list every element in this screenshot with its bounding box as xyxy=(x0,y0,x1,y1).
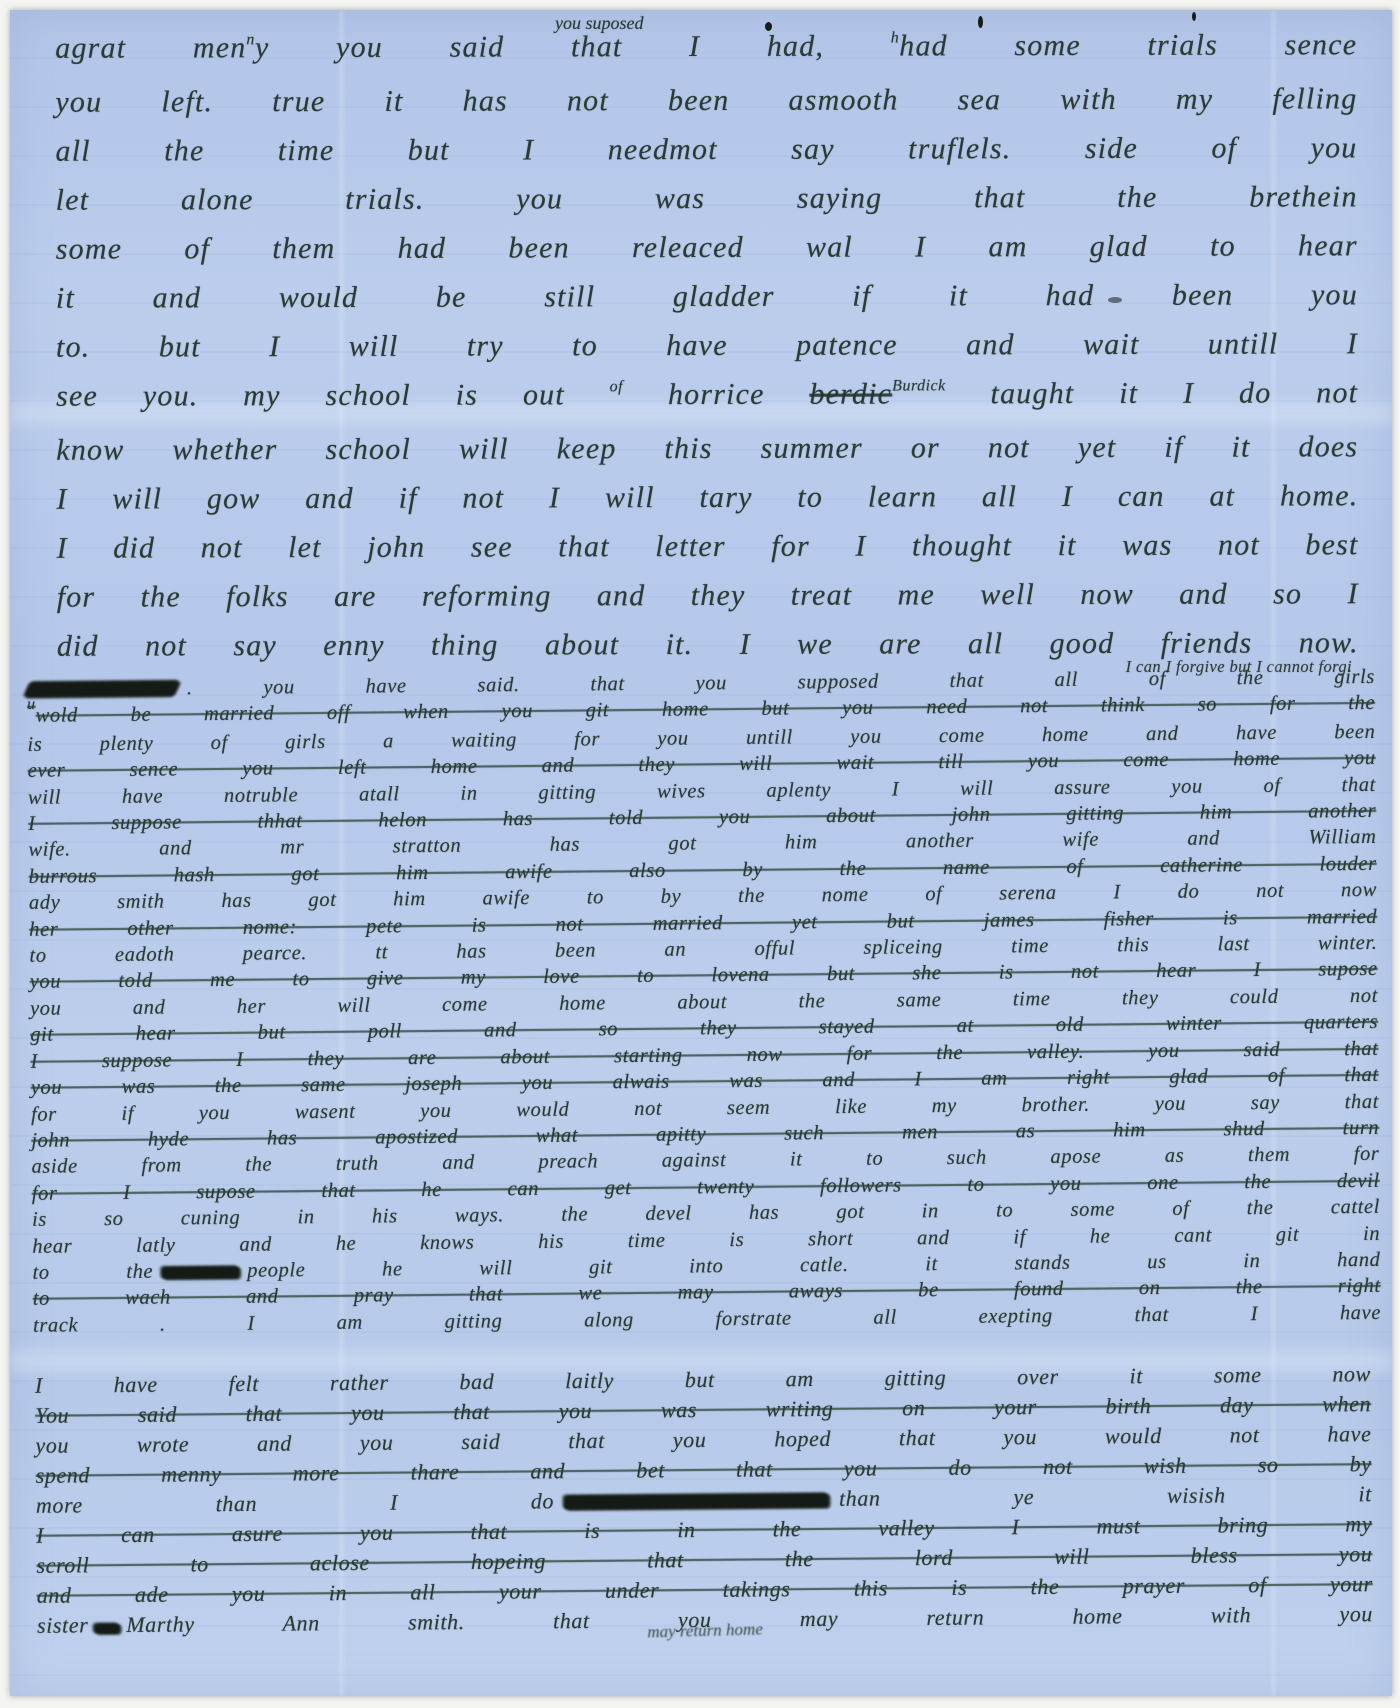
line-text: had some trials sence xyxy=(899,28,1357,62)
letter-line: some of them had been releaced wal I am … xyxy=(56,221,1358,273)
line-text: more than I do xyxy=(36,1488,554,1518)
ink-scribble-blot xyxy=(23,680,180,698)
ink-scribble-blot xyxy=(564,1493,829,1510)
line-text: see you. my school is out xyxy=(56,378,565,412)
inserted-word: Burdick xyxy=(892,377,946,394)
letter-body-dense-script: . you have said. that you supposed that … xyxy=(10,664,1392,1339)
letter-line: agrat menny you said that I had, hhad so… xyxy=(55,20,1357,77)
line-text: to the xyxy=(32,1261,153,1284)
letter-line: you left. true it has not been asmooth s… xyxy=(55,74,1357,126)
letter-closing: I have felt rather bad laitly but am git… xyxy=(10,1359,1392,1647)
letter-page: you suposed agrat menny you said that I … xyxy=(10,10,1392,1696)
ink-scribble-blot xyxy=(161,1266,239,1280)
inserted-letter: n xyxy=(246,31,255,48)
line-text: y you said that I had, xyxy=(255,30,824,64)
letter-line: I will gow and if not I will tary to lea… xyxy=(56,471,1358,523)
inserted-word: of xyxy=(610,378,623,395)
letter-line: I did not let john see that letter for I… xyxy=(56,520,1358,572)
letter-line: let alone trials. you was saying that th… xyxy=(56,172,1358,224)
letter-line: did not say enny thing about it. I we ar… xyxy=(57,618,1359,670)
letter-line: it and would be still gladder if it had … xyxy=(56,270,1358,322)
inserted-letter: h xyxy=(891,29,900,46)
inserted-letter: u xyxy=(27,696,36,713)
letter-line: for the folks are reforming and they tre… xyxy=(57,569,1359,621)
ink-scribble-blot xyxy=(94,1623,120,1634)
line-text: agrat men xyxy=(55,31,246,65)
letter-line: know whether school will keep this summe… xyxy=(56,422,1358,474)
line-text: sister xyxy=(37,1612,88,1637)
line-text: taught it I do not xyxy=(990,376,1358,410)
letter-body-large-script: agrat menny you said that I had, hhad so… xyxy=(10,10,1392,671)
letter-line: all the time but I needmot say truflels.… xyxy=(55,123,1357,175)
line-text: than ye wisish it xyxy=(839,1481,1372,1511)
letter-line-with-correction: see you. my school is out of horrice ber… xyxy=(56,368,1358,425)
struck-word: berdic xyxy=(809,377,892,410)
letter-line: to. but I will try to have patence and w… xyxy=(56,319,1358,371)
line-text: horrice xyxy=(668,378,765,411)
